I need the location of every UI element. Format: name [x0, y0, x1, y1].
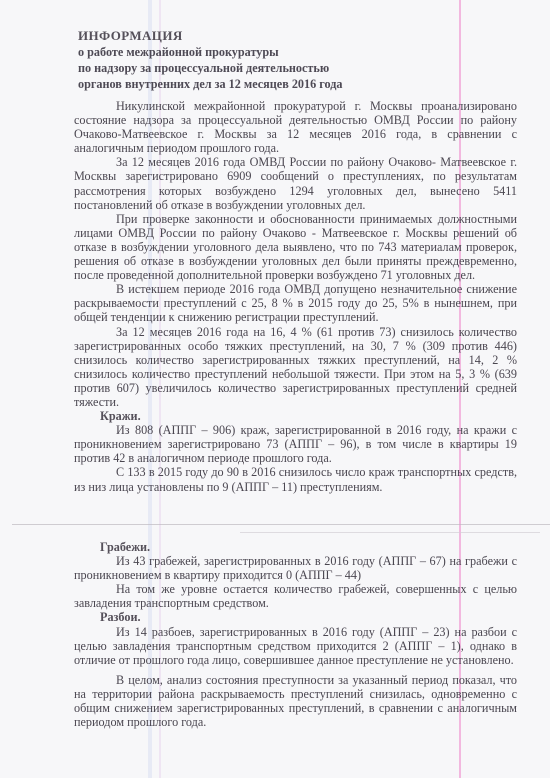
page-fold-line	[12, 524, 550, 525]
document-subtitle-line: о работе межрайонной прокуратуры	[78, 44, 342, 60]
document-title: ИНФОРМАЦИЯ	[78, 28, 342, 44]
paragraph-checks: При проверке законности и обоснованности…	[74, 212, 517, 282]
document-subtitle-line: по надзору за процессуальной деятельност…	[78, 60, 342, 76]
paragraph-registrations: За 12 месяцев 2016 года ОМВД России по р…	[74, 155, 517, 211]
document-body-part2: Грабежи. Из 43 грабежей, зарегистрирован…	[74, 540, 517, 729]
paragraph-severity-stats: За 12 месяцев 2016 года на 16, 4 % (61 п…	[74, 325, 517, 410]
section-heading-thefts: Кражи.	[74, 409, 517, 423]
section-heading-robberies: Грабежи.	[74, 540, 517, 554]
scanned-document-page: ИНФОРМАЦИЯ о работе межрайонной прокурат…	[0, 0, 550, 778]
paragraph-robberies-1: Из 43 грабежей, зарегистрированных в 201…	[74, 554, 517, 582]
paragraph-assaults-1: Из 14 разбоев, зарегистрированных в 2016…	[74, 625, 517, 667]
paragraph-thefts-1: Из 808 (АППГ – 906) краж, зарегистрирова…	[74, 423, 517, 465]
document-heading: ИНФОРМАЦИЯ о работе межрайонной прокурат…	[78, 28, 342, 92]
paragraph-detection-rate: В истекшем периоде 2016 года ОМВД допуще…	[74, 282, 517, 324]
paragraph-robberies-2: На том же уровне остается количество гра…	[74, 582, 517, 610]
paragraph-conclusion: В целом, анализ состояния преступности з…	[74, 673, 517, 729]
paragraph-intro: Никулинской межрайонной прокуратурой г. …	[74, 99, 517, 155]
section-heading-assaults: Разбои.	[74, 610, 517, 624]
document-subtitle-line: органов внутренних дел за 12 месяцев 201…	[78, 76, 342, 92]
page-fold-line	[240, 532, 540, 533]
paragraph-thefts-2: С 133 в 2015 году до 90 в 2016 снизилось…	[74, 465, 517, 493]
document-body-part1: Никулинской межрайонной прокуратурой г. …	[74, 99, 517, 494]
